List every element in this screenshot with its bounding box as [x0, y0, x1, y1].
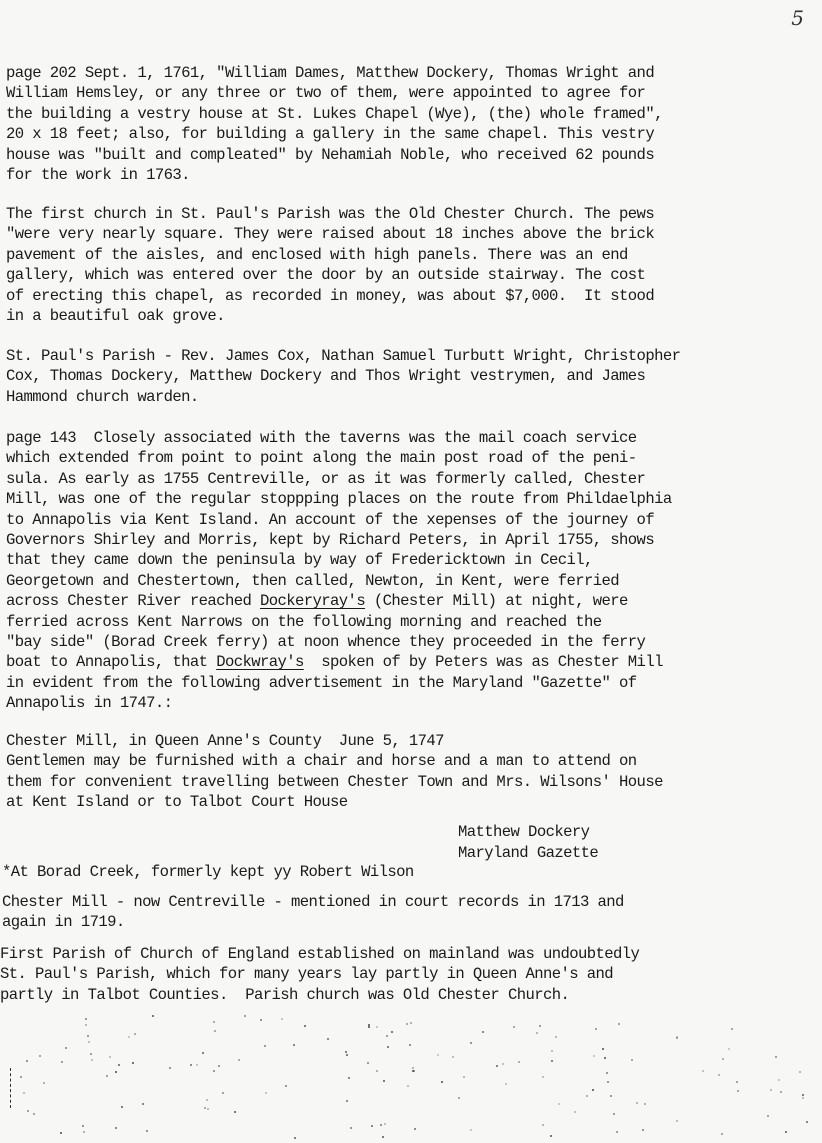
- text-line: in a beautiful oak grove.: [6, 306, 822, 326]
- scan-speck: [802, 1094, 804, 1096]
- scan-speck: [218, 1065, 220, 1067]
- scan-speck: [260, 1019, 262, 1021]
- scan-speck: [384, 1123, 386, 1125]
- scan-speck: [87, 1035, 89, 1037]
- scan-speck: [644, 1103, 646, 1105]
- scan-speck: [542, 1076, 544, 1078]
- scan-speck: [482, 1031, 484, 1033]
- text-fragment: boat to Annapolis, that: [6, 653, 216, 671]
- scan-speck: [39, 1055, 41, 1057]
- scan-speck: [115, 1127, 117, 1129]
- text-line: them for convenient travelling between C…: [6, 772, 822, 792]
- scan-speck: [736, 1081, 738, 1083]
- scan-speck: [294, 1137, 296, 1139]
- scan-speck: [380, 1124, 382, 1126]
- text-line: ferried across Kent Narrows on the follo…: [6, 612, 822, 632]
- scan-speck: [118, 1064, 120, 1066]
- scan-speck: [20, 1076, 22, 1078]
- scan-speck: [604, 1057, 606, 1059]
- text-line: which extended from point to point along…: [6, 448, 822, 468]
- scan-speck: [770, 1089, 772, 1091]
- scan-speck: [60, 1132, 62, 1134]
- scan-speck: [586, 1095, 588, 1097]
- scan-speck: [505, 1083, 507, 1085]
- scan-speck: [558, 1103, 560, 1105]
- scan-speck: [265, 1092, 267, 1094]
- text-line: gallery, which was entered over the door…: [6, 265, 822, 285]
- scan-speck: [367, 1062, 369, 1064]
- scan-speck: [33, 1113, 35, 1115]
- scan-speck: [728, 1048, 730, 1050]
- scan-speck: [146, 1130, 148, 1132]
- scan-speck: [536, 1032, 538, 1034]
- text-line: St. Paul's Parish, which for many years …: [0, 964, 816, 984]
- scan-speck: [722, 1058, 724, 1060]
- text-line: 20 x 18 feet; also, for building a galle…: [6, 124, 822, 144]
- scan-speck: [391, 1031, 393, 1033]
- scan-speck: [496, 1065, 498, 1067]
- paragraph-old-chester-church: The first church in St. Paul's Parish wa…: [6, 204, 822, 326]
- scan-speck: [61, 1061, 63, 1063]
- text-line: in evident from the following advertisem…: [6, 673, 822, 693]
- scan-speck: [555, 1036, 557, 1038]
- scan-speck: [595, 1028, 597, 1030]
- text-line: partly in Talbot Counties. Parish church…: [0, 985, 816, 1005]
- text-line: page 202 Sept. 1, 1761, "William Dames, …: [6, 63, 822, 83]
- scan-speck: [631, 1059, 633, 1061]
- scan-speck: [121, 1106, 123, 1108]
- footnote: *At Borad Creek, formerly kept yy Robert…: [2, 862, 818, 882]
- scan-speck: [202, 1052, 204, 1054]
- paragraph-first-parish: First Parish of Church of England establ…: [0, 944, 816, 1005]
- scan-speck: [234, 1111, 236, 1113]
- paragraph-vestrymen: St. Paul's Parish - Rev. James Cox, Nath…: [6, 346, 822, 407]
- scan-speck: [613, 1113, 615, 1115]
- scan-speck: [806, 1121, 808, 1123]
- text-line: that they came down the peninsula by way…: [6, 550, 822, 570]
- scan-speck: [169, 1067, 171, 1069]
- scan-speck: [721, 1133, 723, 1135]
- scan-speck: [676, 1120, 678, 1122]
- text-line: the building a vestry house at St. Lukes…: [6, 104, 822, 124]
- scan-speck: [551, 1050, 553, 1052]
- text-line: First Parish of Church of England establ…: [0, 944, 816, 964]
- scan-speck: [414, 1128, 416, 1130]
- scan-speck: [737, 1090, 739, 1092]
- scan-speck: [778, 1079, 780, 1081]
- paragraph-st-lukes-vestry: page 202 Sept. 1, 1761, "William Dames, …: [6, 63, 822, 185]
- scan-speck: [799, 1071, 801, 1073]
- scan-speck: [85, 1018, 87, 1020]
- scan-speck: [196, 1064, 198, 1066]
- scan-speck: [542, 1124, 544, 1126]
- text-fragment: across Chester River reached: [6, 592, 260, 610]
- text-line: "were very nearly square. They were rais…: [6, 224, 822, 244]
- scan-speck: [550, 1135, 552, 1137]
- scan-speck: [371, 1125, 373, 1127]
- text-line: "bay side" (Borad Creek ferry) at noon w…: [6, 632, 822, 652]
- scan-speck: [65, 1047, 67, 1049]
- scan-speck: [618, 1023, 620, 1025]
- scan-speck: [409, 1044, 411, 1046]
- scan-speck: [88, 1041, 90, 1043]
- text-line: at Kent Island or to Talbot Court House: [6, 792, 822, 812]
- scan-speck: [281, 1018, 283, 1020]
- scan-speck: [731, 1028, 733, 1030]
- scan-speck: [410, 1022, 412, 1024]
- scan-speck: [602, 1048, 604, 1050]
- scan-speck: [206, 1099, 208, 1101]
- scan-speck: [82, 1125, 84, 1127]
- scan-speck: [382, 1136, 384, 1138]
- scan-speck: [109, 1056, 111, 1058]
- scan-speck: [83, 1131, 85, 1133]
- text-line: Chester Mill, in Queen Anne's County Jun…: [6, 731, 822, 751]
- text-line: for the work in 1763.: [6, 165, 822, 185]
- scan-speck: [90, 1053, 92, 1055]
- text-line: Cox, Thomas Dockery, Matthew Dockery and…: [6, 366, 822, 386]
- scan-speck: [85, 1024, 87, 1026]
- scan-speck: [702, 1070, 704, 1072]
- text-line: Hammond church warden.: [6, 387, 822, 407]
- page-number: 5: [791, 6, 804, 30]
- scan-speck: [502, 1063, 504, 1065]
- text-line: St. Paul's Parish - Rev. James Cox, Nath…: [6, 346, 822, 366]
- scan-speck: [383, 1080, 385, 1082]
- scan-speck: [718, 1074, 720, 1076]
- paragraph-chester-mill-records: Chester Mill - now Centreville - mention…: [2, 892, 818, 933]
- text-line: Governors Shirley and Morris, kept by Ri…: [6, 530, 822, 550]
- scan-speck: [293, 1044, 295, 1046]
- scan-speck: [368, 1026, 370, 1028]
- scan-speck: [518, 1061, 520, 1063]
- scan-speck: [407, 1085, 409, 1087]
- scan-speck: [327, 1038, 329, 1040]
- scan-speck: [91, 1059, 93, 1061]
- scan-speck: [386, 1035, 388, 1037]
- scan-speck: [551, 1060, 553, 1062]
- scan-speck: [406, 1023, 408, 1025]
- scan-speck: [413, 1070, 415, 1072]
- scan-speck: [610, 1095, 612, 1097]
- scan-speck: [244, 1015, 246, 1017]
- scan-speck: [785, 1131, 787, 1133]
- scan-speck: [222, 1092, 224, 1094]
- scan-speck: [43, 1082, 45, 1084]
- scan-speck: [513, 1026, 515, 1028]
- text-line: Georgetown and Chestertown, then called,…: [6, 571, 822, 591]
- scan-speck: [775, 1056, 777, 1058]
- paragraph-mail-coach: page 143 Closely associated with the tav…: [6, 428, 822, 713]
- scan-speck: [142, 1103, 144, 1105]
- scan-speck: [676, 1037, 678, 1039]
- scan-speck: [539, 1025, 541, 1027]
- scan-speck: [115, 1071, 117, 1073]
- scan-speck: [574, 1111, 576, 1113]
- text-line: to Annapolis via Kent Island. An account…: [6, 510, 822, 530]
- document-page: 5 page 202 Sept. 1, 1761, "William Dames…: [0, 0, 822, 1143]
- scan-speck: [636, 1102, 638, 1104]
- scan-speck: [350, 1127, 352, 1129]
- scan-speck: [458, 1097, 460, 1099]
- scan-speck: [767, 1115, 769, 1117]
- text-line: house was "built and compleated" by Neha…: [6, 145, 822, 165]
- scan-speck: [802, 1097, 804, 1099]
- scan-speck: [213, 1070, 215, 1072]
- scan-speck: [207, 1108, 209, 1110]
- scan-speck: [441, 1081, 443, 1083]
- scan-speck: [376, 1026, 378, 1028]
- scan-speck: [106, 1075, 108, 1077]
- scan-speck: [26, 1060, 28, 1062]
- footnote-text: *At Borad Creek, formerly kept yy Robert…: [2, 862, 818, 882]
- text-line: again in 1719.: [2, 912, 818, 932]
- scan-speck: [132, 1062, 134, 1064]
- scan-speck: [376, 1070, 378, 1072]
- text-line: William Hemsley, or any three or two of …: [6, 83, 822, 103]
- scan-speck: [780, 1091, 782, 1093]
- scan-speck: [437, 1054, 439, 1056]
- scan-speck: [592, 1089, 594, 1091]
- text-line: sula. As early as 1755 Centreville, or a…: [6, 469, 822, 489]
- scan-speck: [463, 1076, 465, 1078]
- scan-speck: [285, 1085, 287, 1087]
- text-fragment: (Chester Mill) at night, were: [365, 592, 628, 610]
- scan-speck: [238, 1059, 240, 1061]
- text-line: pavement of the aisles, and enclosed wit…: [6, 245, 822, 265]
- scan-speck: [607, 1081, 609, 1083]
- signature-source: Maryland Gazette: [458, 843, 598, 863]
- scan-speck: [606, 1072, 608, 1074]
- signature-name: Matthew Dockery: [458, 822, 589, 842]
- text-line: Chester Mill - now Centreville - mention…: [2, 892, 818, 912]
- text-line: Mill, was one of the regular stoppping p…: [6, 489, 822, 509]
- margin-mark: [10, 1068, 12, 1108]
- scan-speck: [23, 1092, 25, 1094]
- scan-speck: [593, 1055, 595, 1057]
- text-line: Gentlemen may be furnished with a chair …: [6, 751, 822, 771]
- scan-speck: [152, 1015, 154, 1017]
- scan-speck: [616, 1131, 618, 1133]
- text-line: across Chester River reached Dockeryray'…: [6, 591, 822, 611]
- text-fragment: spoken of by Peters was as Chester Mill: [304, 653, 663, 671]
- scan-speck: [470, 1129, 472, 1131]
- scan-speck: [213, 1021, 215, 1023]
- scan-speck: [264, 1045, 266, 1047]
- text-line: boat to Annapolis, that Dockwray's spoke…: [6, 652, 822, 672]
- scan-speck: [387, 1046, 389, 1048]
- text-line: of erecting this chapel, as recorded in …: [6, 286, 822, 306]
- scan-speck: [128, 1036, 130, 1038]
- advertisement-text: Chester Mill, in Queen Anne's County Jun…: [6, 731, 822, 813]
- scan-speck: [190, 1064, 192, 1066]
- scan-speck: [345, 1051, 347, 1053]
- text-line: The first church in St. Paul's Parish wa…: [6, 204, 822, 224]
- text-line: Annapolis in 1747.:: [6, 693, 822, 713]
- scan-speck: [214, 1030, 216, 1032]
- scan-speck: [134, 1033, 136, 1035]
- scan-speck: [204, 1107, 206, 1109]
- scan-speck: [346, 1100, 348, 1102]
- scan-speck: [304, 1025, 306, 1027]
- underlined-name-dockwray: Dockwray's: [216, 653, 304, 671]
- underlined-name-dockeryray: Dockeryray's: [260, 592, 365, 610]
- scan-speck: [642, 1129, 644, 1131]
- scan-speck: [452, 1056, 454, 1058]
- text-line: page 143 Closely associated with the tav…: [6, 428, 822, 448]
- scan-speck: [348, 1077, 350, 1079]
- scan-speck: [27, 1110, 29, 1112]
- scan-speck: [346, 1054, 348, 1056]
- scan-speck: [470, 1042, 472, 1044]
